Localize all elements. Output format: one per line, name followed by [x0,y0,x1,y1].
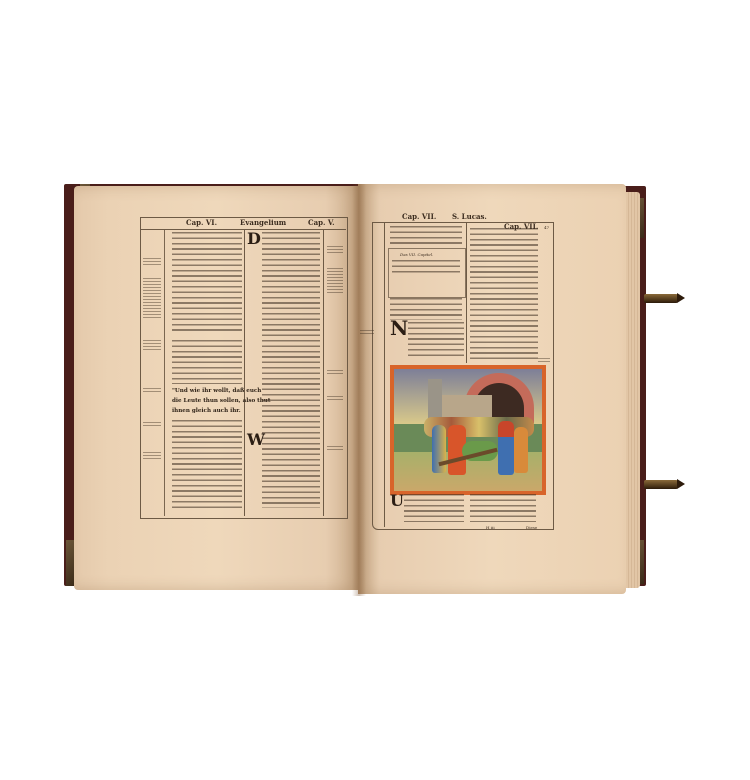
brass-clasp-lower [644,480,678,489]
right-text-column-2 [470,228,538,360]
left-header-chapter-left: Cap. VI. [186,218,217,227]
margin-note [143,422,161,428]
right-header-title: S. Lucas. [452,212,487,221]
margin-note [143,278,161,318]
margin-note [143,388,161,394]
margin-note [538,358,550,364]
left-header-chapter-right: Cap. V. [308,218,335,227]
right-header-chapter-left: Cap. VII. [402,212,436,221]
right-text-column-1b [408,322,464,360]
left-text-column-1c [172,420,242,512]
right-text-bottom-1 [404,494,464,522]
brass-clasp-upper [644,294,678,303]
margin-note [143,452,161,460]
spine-gutter [352,184,366,596]
column-divider [466,223,467,363]
catchword: Diese [526,525,537,530]
column-divider [323,230,324,516]
drop-cap: U [390,493,404,509]
emphasized-verse-line: "Und wie ihr wollt, daß euch [172,388,261,394]
left-text-column-2b [262,432,320,508]
column-divider [244,230,245,516]
left-text-column-1a [172,232,242,334]
left-header-rule [140,229,346,230]
right-text-bottom-2 [470,494,536,522]
margin-note [327,246,343,254]
drop-cap: N [390,320,408,336]
margin-note [327,396,343,402]
left-text-column-2a [262,232,320,428]
clasp-tip-lower [677,479,685,489]
page-number: 47 [544,225,549,230]
chapter-summary-title: Das VII. Capitel. [400,252,433,257]
left-text-column-1b [172,340,242,384]
emphasized-verse-line: ihnen gleich auch ihr. [172,408,241,414]
left-margin-column [140,230,165,516]
chapter-summary-text [392,260,460,276]
signature-mark: H iii [486,525,495,530]
margin-note [143,340,161,350]
margin-note [327,446,343,452]
summary-text [390,226,462,246]
margin-note [327,268,343,294]
column-divider [384,223,385,527]
figure-jesus-blue-red [498,421,514,475]
figure-right-orange [514,427,528,473]
hand-colored-engraving[interactable] [390,365,546,495]
clasp-tip-upper [677,293,685,303]
emphasized-verse-line: die Leute thun sollen, also thut [172,398,270,404]
margin-note [327,370,343,376]
margin-note [143,258,161,266]
margin-note [360,330,374,336]
left-header-title: Evangelium [240,218,286,227]
drop-cap: D [247,231,261,247]
